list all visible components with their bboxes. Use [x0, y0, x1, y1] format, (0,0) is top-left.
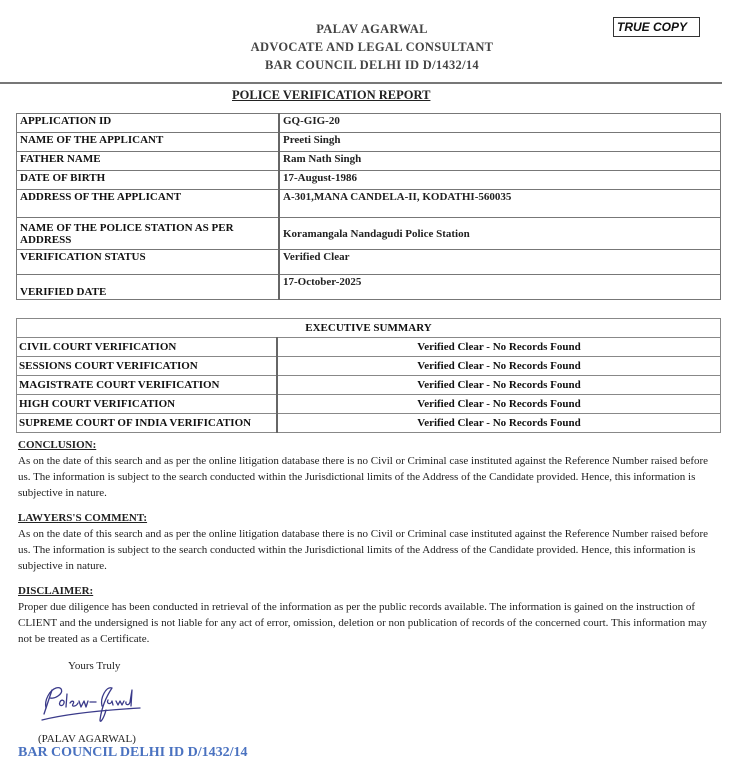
row-label: SESSIONS COURT VERIFICATION — [17, 357, 278, 376]
table-row: FATHER NAME Ram Nath Singh — [17, 152, 721, 171]
row-value: Verified Clear - No Records Found — [277, 395, 721, 414]
signatory-name: (PALAV AGARWAL) — [38, 733, 136, 745]
table-row: APPLICATION ID GQ-GIG-20 — [17, 114, 721, 133]
header-divider — [0, 82, 722, 84]
disclaimer-section: DISCLAIMER: Proper due diligence has bee… — [18, 583, 718, 647]
row-value: Verified Clear - No Records Found — [277, 414, 721, 433]
table-row: SESSIONS COURT VERIFICATION Verified Cle… — [17, 357, 721, 376]
table-row: VERIFICATION STATUS Verified Clear — [17, 250, 721, 275]
advocate-designation: ADVOCATE AND LEGAL CONSULTANT — [0, 38, 756, 56]
row-label: NAME OF THE POLICE STATION AS PER ADDRES… — [17, 218, 280, 250]
row-value: Ram Nath Singh — [279, 152, 721, 171]
row-label: VERIFICATION STATUS — [17, 250, 280, 275]
row-label: APPLICATION ID — [17, 114, 280, 133]
row-value: A-301,MANA CANDELA-II, KODATHI-560035 — [279, 190, 721, 218]
lawyers-comment-heading: LAWYERS'S COMMENT: — [18, 510, 718, 526]
table-row: VERIFIED DATE 17-October-2025 — [17, 275, 721, 300]
row-label: MAGISTRATE COURT VERIFICATION — [17, 376, 278, 395]
executive-summary-table: EXECUTIVE SUMMARY CIVIL COURT VERIFICATI… — [16, 318, 721, 433]
conclusion-heading: CONCLUSION: — [18, 437, 718, 453]
row-value: Preeti Singh — [279, 133, 721, 152]
executive-summary-title: EXECUTIVE SUMMARY — [17, 319, 721, 338]
signatory-bar-id: BAR COUNCIL DELHI ID D/1432/14 — [18, 745, 247, 761]
conclusion-section: CONCLUSION: As on the date of this searc… — [18, 437, 718, 501]
table-row: NAME OF THE APPLICANT Preeti Singh — [17, 133, 721, 152]
row-label: NAME OF THE APPLICANT — [17, 133, 280, 152]
disclaimer-text: Proper due diligence has been conducted … — [18, 599, 718, 647]
conclusion-text: As on the date of this search and as per… — [18, 453, 718, 501]
row-value: 17-August-1986 — [279, 171, 721, 190]
row-label: DATE OF BIRTH — [17, 171, 280, 190]
row-value: Koramangala Nandagudi Police Station — [279, 218, 721, 250]
row-value: Verified Clear - No Records Found — [277, 338, 721, 357]
table-row: HIGH COURT VERIFICATION Verified Clear -… — [17, 395, 721, 414]
table-row: SUPREME COURT OF INDIA VERIFICATION Veri… — [17, 414, 721, 433]
lawyers-comment-section: LAWYERS'S COMMENT: As on the date of thi… — [18, 510, 718, 574]
report-title: POLICE VERIFICATION REPORT — [232, 88, 430, 103]
row-label: CIVIL COURT VERIFICATION — [17, 338, 278, 357]
table-header-row: EXECUTIVE SUMMARY — [17, 319, 721, 338]
disclaimer-heading: DISCLAIMER: — [18, 583, 718, 599]
advocate-bar-id: BAR COUNCIL DELHI ID D/1432/14 — [0, 56, 756, 74]
closing-text: Yours Truly — [68, 660, 120, 672]
true-copy-stamp: TRUE COPY — [613, 17, 700, 37]
row-value: Verified Clear - No Records Found — [277, 376, 721, 395]
lawyers-comment-text: As on the date of this search and as per… — [18, 526, 718, 574]
table-row: NAME OF THE POLICE STATION AS PER ADDRES… — [17, 218, 721, 250]
applicant-details-table: APPLICATION ID GQ-GIG-20 NAME OF THE APP… — [16, 113, 721, 300]
table-row: CIVIL COURT VERIFICATION Verified Clear … — [17, 338, 721, 357]
row-value: Verified Clear - No Records Found — [277, 357, 721, 376]
row-label: FATHER NAME — [17, 152, 280, 171]
row-label: SUPREME COURT OF INDIA VERIFICATION — [17, 414, 278, 433]
table-row: MAGISTRATE COURT VERIFICATION Verified C… — [17, 376, 721, 395]
signature-icon — [36, 680, 146, 730]
row-label: VERIFIED DATE — [17, 275, 280, 300]
row-label: HIGH COURT VERIFICATION — [17, 395, 278, 414]
row-value: GQ-GIG-20 — [279, 114, 721, 133]
table-row: ADDRESS OF THE APPLICANT A-301,MANA CAND… — [17, 190, 721, 218]
table-row: DATE OF BIRTH 17-August-1986 — [17, 171, 721, 190]
row-value: 17-October-2025 — [279, 275, 721, 300]
row-label: ADDRESS OF THE APPLICANT — [17, 190, 280, 218]
row-value: Verified Clear — [279, 250, 721, 275]
